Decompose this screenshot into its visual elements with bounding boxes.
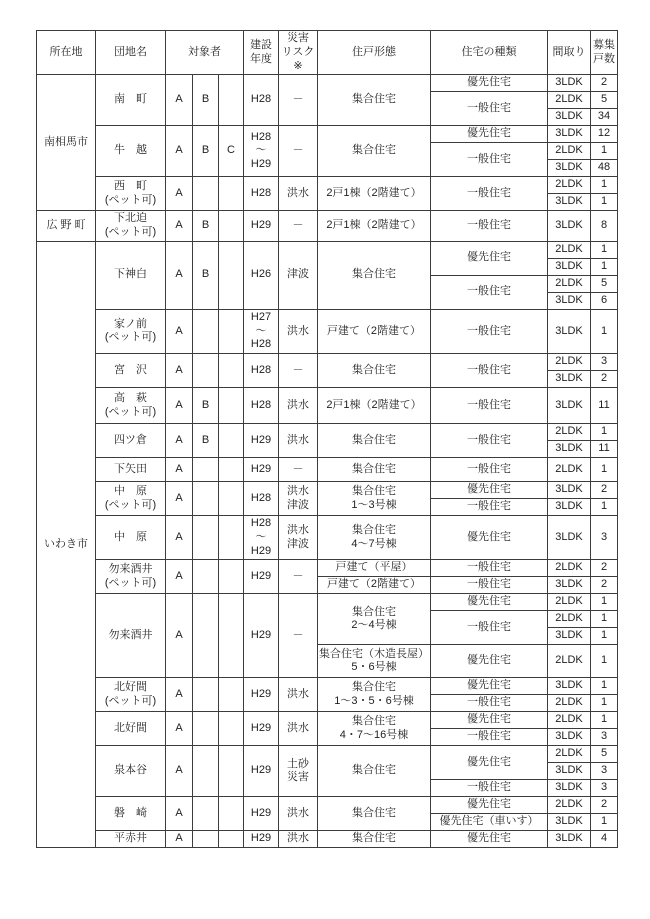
- table-cell: 5: [591, 92, 618, 109]
- table-cell: 洪水: [279, 309, 318, 353]
- table-cell: 3LDK: [548, 194, 591, 211]
- table-cell: 3: [591, 516, 618, 560]
- table-cell: 集合住宅: [318, 75, 431, 126]
- table-cell: A: [166, 309, 193, 353]
- table-cell: －: [279, 354, 318, 388]
- table-cell: 2LDK: [548, 797, 591, 814]
- table-cell: [193, 594, 219, 678]
- table-cell: 2戸1棟（2階建て）: [318, 388, 431, 424]
- table-cell: A: [166, 75, 193, 126]
- table-cell: 四ツ倉: [96, 424, 166, 458]
- table-cell: －: [279, 75, 318, 126]
- table-cell: 11: [591, 388, 618, 424]
- table-row: 中 原 (ペット可)AH28洪水 津波集合住宅 1～3号棟優先住宅3LDK2: [37, 482, 618, 499]
- table-cell: 優先住宅: [431, 797, 548, 814]
- table-cell: 1: [591, 499, 618, 516]
- header-target-person: 対象者: [166, 31, 244, 75]
- table-cell: 優先住宅: [431, 126, 548, 143]
- table-cell: 2LDK: [548, 645, 591, 678]
- table-cell: 優先住宅（車いす）: [431, 814, 548, 831]
- table-cell: 一般住宅: [431, 143, 548, 177]
- table-cell: H29: [244, 560, 279, 594]
- table-cell: [219, 797, 244, 831]
- table-cell: 3LDK: [548, 763, 591, 780]
- table-cell: 家ノ前 (ペット可): [96, 309, 166, 353]
- table-cell: 戸建て（平屋）: [318, 560, 431, 577]
- table-cell: H27 ～ H28: [244, 309, 279, 353]
- table-cell: [193, 177, 219, 211]
- table-cell: 優先住宅: [431, 645, 548, 678]
- table-cell: C: [219, 126, 244, 177]
- header-floor-plan: 間取り: [548, 31, 591, 75]
- table-cell: 5: [591, 746, 618, 763]
- table-cell: 下矢田: [96, 458, 166, 482]
- table-cell: 34: [591, 109, 618, 126]
- table-cell: 3LDK: [548, 211, 591, 242]
- table-row: いわき市下神白ABH26津波集合住宅優先住宅2LDK1: [37, 241, 618, 258]
- table-cell: 5: [591, 275, 618, 292]
- table-cell: 一般住宅: [431, 177, 548, 211]
- table-cell: 3LDK: [548, 109, 591, 126]
- table-cell: H29: [244, 594, 279, 678]
- table-row: 広 野 町下北迫 (ペット可)ABH29－2戸1棟（2階建て）一般住宅3LDK8: [37, 211, 618, 242]
- table-cell: A: [166, 458, 193, 482]
- header-disaster-risk: 災害 リスク※: [279, 31, 318, 75]
- table-cell: [193, 712, 219, 746]
- table-cell: 洪水: [279, 831, 318, 848]
- table-cell: B: [193, 211, 219, 242]
- table-cell: A: [166, 482, 193, 516]
- table-cell: A: [166, 388, 193, 424]
- table-cell: H28: [244, 388, 279, 424]
- table-cell: 西 町 (ペット可): [96, 177, 166, 211]
- table-cell: 戸建て（2階建て）: [318, 309, 431, 353]
- table-cell: 2戸1棟（2階建て）: [318, 211, 431, 242]
- table-cell: 2: [591, 797, 618, 814]
- table-cell: B: [193, 424, 219, 458]
- table-cell: 1: [591, 241, 618, 258]
- table-cell: B: [193, 75, 219, 126]
- table-cell: 1: [591, 424, 618, 441]
- table-cell: 3LDK: [548, 388, 591, 424]
- table-cell: 一般住宅: [431, 611, 548, 645]
- table-cell: [193, 560, 219, 594]
- table-cell: [193, 746, 219, 797]
- table-cell: 3LDK: [548, 516, 591, 560]
- table-row: 泉本谷AH29土砂 災害集合住宅優先住宅2LDK5: [37, 746, 618, 763]
- table-cell: [219, 424, 244, 458]
- page: 所在地団地名対象者建設 年度災害 リスク※住戸形態住宅の種類間取り募集 戸数 南…: [0, 0, 650, 919]
- table-row: 平赤井AH29洪水集合住宅優先住宅3LDK4: [37, 831, 618, 848]
- table-cell: いわき市: [37, 241, 96, 848]
- table-cell: [219, 560, 244, 594]
- table-cell: 優先住宅: [431, 746, 548, 780]
- table-cell: B: [193, 241, 219, 309]
- table-cell: H28: [244, 482, 279, 516]
- table-cell: 広 野 町: [37, 211, 96, 242]
- table-cell: 牛 越: [96, 126, 166, 177]
- table-cell: 2LDK: [548, 695, 591, 712]
- table-cell: A: [166, 712, 193, 746]
- table-cell: A: [166, 560, 193, 594]
- table-cell: [193, 309, 219, 353]
- table-cell: H26: [244, 241, 279, 309]
- table-cell: 2: [591, 75, 618, 92]
- table-cell: 3LDK: [548, 126, 591, 143]
- table-cell: 洪水: [279, 177, 318, 211]
- table-cell: [193, 482, 219, 516]
- table-cell: H28: [244, 177, 279, 211]
- table-cell: H28: [244, 75, 279, 126]
- table-row: 宮 沢AH28－集合住宅一般住宅2LDK3: [37, 354, 618, 371]
- table-cell: 3LDK: [548, 780, 591, 797]
- table-cell: 勿来酒井 (ペット可): [96, 560, 166, 594]
- table-cell: 優先住宅: [431, 678, 548, 695]
- table-cell: 集合住宅 1～3・5・6号棟: [318, 678, 431, 712]
- table-cell: 一般住宅: [431, 309, 548, 353]
- table-cell: 一般住宅: [431, 92, 548, 126]
- table-cell: 洪水: [279, 388, 318, 424]
- table-cell: 3LDK: [548, 441, 591, 458]
- table-cell: H28: [244, 354, 279, 388]
- table-row: 西 町 (ペット可)AH28洪水2戸1棟（2階建て）一般住宅2LDK1: [37, 177, 618, 194]
- table-cell: 1: [591, 309, 618, 353]
- table-cell: 1: [591, 594, 618, 611]
- table-cell: －: [279, 458, 318, 482]
- table-cell: 集合住宅: [318, 241, 431, 309]
- table-row: 下矢田AH29－集合住宅一般住宅2LDK1: [37, 458, 618, 482]
- table-cell: [193, 797, 219, 831]
- table-cell: 1: [591, 814, 618, 831]
- table-cell: 洪水 津波: [279, 516, 318, 560]
- table-cell: 2LDK: [548, 92, 591, 109]
- table-cell: A: [166, 594, 193, 678]
- header-construction-year: 建設 年度: [244, 31, 279, 75]
- table-cell: 中 原 (ペット可): [96, 482, 166, 516]
- header-row: 所在地団地名対象者建設 年度災害 リスク※住戸形態住宅の種類間取り募集 戸数: [37, 31, 618, 75]
- table-row: 南相馬市南 町ABH28－集合住宅優先住宅3LDK2: [37, 75, 618, 92]
- table-cell: [219, 354, 244, 388]
- table-cell: B: [193, 388, 219, 424]
- table-cell: －: [279, 594, 318, 678]
- header-unit-form: 住戸形態: [318, 31, 431, 75]
- table-cell: 優先住宅: [431, 482, 548, 499]
- table-cell: H29: [244, 678, 279, 712]
- table-cell: A: [166, 746, 193, 797]
- table-cell: 洪水: [279, 678, 318, 712]
- header-complex-name: 団地名: [96, 31, 166, 75]
- table-cell: A: [166, 797, 193, 831]
- table-cell: H29: [244, 746, 279, 797]
- table-cell: 1: [591, 611, 618, 628]
- table-cell: 2: [591, 577, 618, 594]
- table-cell: 48: [591, 160, 618, 177]
- table-cell: [219, 516, 244, 560]
- table-cell: H28 ～ H29: [244, 516, 279, 560]
- table-row: 勿来酒井 (ペット可)AH29－戸建て（平屋）一般住宅2LDK2: [37, 560, 618, 577]
- table-cell: 1: [591, 458, 618, 482]
- table-cell: 一般住宅: [431, 458, 548, 482]
- table-cell: 一般住宅: [431, 780, 548, 797]
- table-cell: 優先住宅: [431, 712, 548, 729]
- table-cell: 1: [591, 143, 618, 160]
- table-cell: [219, 678, 244, 712]
- table-cell: 下神白: [96, 241, 166, 309]
- table-cell: 2: [591, 371, 618, 388]
- table-cell: 3: [591, 780, 618, 797]
- table-cell: 2LDK: [548, 594, 591, 611]
- table-cell: 北好間 (ペット可): [96, 678, 166, 712]
- table-cell: A: [166, 177, 193, 211]
- table-cell: 集合住宅（木造長屋） 5・6号棟: [318, 645, 431, 678]
- table-cell: 2LDK: [548, 354, 591, 371]
- table-cell: A: [166, 831, 193, 848]
- table-cell: 集合住宅: [318, 797, 431, 831]
- table-cell: H29: [244, 424, 279, 458]
- table-cell: 磐 崎: [96, 797, 166, 831]
- table-body: 南相馬市南 町ABH28－集合住宅優先住宅3LDK2一般住宅2LDK53LDK3…: [37, 75, 618, 848]
- table-cell: 4: [591, 831, 618, 848]
- table-cell: [219, 309, 244, 353]
- table-cell: 3LDK: [548, 160, 591, 177]
- table-cell: 一般住宅: [431, 275, 548, 309]
- table-cell: 南相馬市: [37, 75, 96, 211]
- table-cell: 2LDK: [548, 143, 591, 160]
- table-cell: 12: [591, 126, 618, 143]
- table-cell: 集合住宅: [318, 354, 431, 388]
- table-cell: 一般住宅: [431, 499, 548, 516]
- table-cell: A: [166, 126, 193, 177]
- table-cell: 集合住宅 4～7号棟: [318, 516, 431, 560]
- table-cell: [219, 482, 244, 516]
- header-location: 所在地: [37, 31, 96, 75]
- table-cell: 1: [591, 177, 618, 194]
- table-cell: 優先住宅: [431, 75, 548, 92]
- table-cell: 3LDK: [548, 482, 591, 499]
- table-cell: 2LDK: [548, 275, 591, 292]
- table-cell: 高 萩 (ペット可): [96, 388, 166, 424]
- table-cell: [219, 831, 244, 848]
- table-cell: －: [279, 211, 318, 242]
- table-cell: 洪水: [279, 797, 318, 831]
- table-cell: 南 町: [96, 75, 166, 126]
- table-cell: 一般住宅: [431, 577, 548, 594]
- table-cell: 1: [591, 712, 618, 729]
- table-cell: 3LDK: [548, 831, 591, 848]
- table-header: 所在地団地名対象者建設 年度災害 リスク※住戸形態住宅の種類間取り募集 戸数: [37, 31, 618, 75]
- table-cell: 1: [591, 194, 618, 211]
- table-cell: 一般住宅: [431, 695, 548, 712]
- table-cell: 北好間: [96, 712, 166, 746]
- table-cell: 中 原: [96, 516, 166, 560]
- table-cell: H29: [244, 458, 279, 482]
- table-cell: 2: [591, 560, 618, 577]
- table-cell: [193, 831, 219, 848]
- table-cell: 3LDK: [548, 258, 591, 275]
- table-cell: 泉本谷: [96, 746, 166, 797]
- table-cell: [193, 354, 219, 388]
- table-cell: 優先住宅: [431, 516, 548, 560]
- table-cell: 津波: [279, 241, 318, 309]
- table-cell: 一般住宅: [431, 388, 548, 424]
- table-cell: H29: [244, 831, 279, 848]
- table-cell: 3LDK: [548, 371, 591, 388]
- table-cell: 2LDK: [548, 746, 591, 763]
- table-cell: [219, 458, 244, 482]
- header-housing-type: 住宅の種類: [431, 31, 548, 75]
- table-cell: [219, 594, 244, 678]
- table-cell: 優先住宅: [431, 831, 548, 848]
- housing-table: 所在地団地名対象者建設 年度災害 リスク※住戸形態住宅の種類間取り募集 戸数 南…: [36, 30, 618, 848]
- table-cell: A: [166, 354, 193, 388]
- table-cell: 1: [591, 678, 618, 695]
- table-cell: B: [193, 126, 219, 177]
- table-cell: 下北迫 (ペット可): [96, 211, 166, 242]
- table-row: 中 原AH28 ～ H29洪水 津波集合住宅 4～7号棟優先住宅3LDK3: [37, 516, 618, 560]
- table-cell: 洪水 津波: [279, 482, 318, 516]
- table-cell: 3: [591, 729, 618, 746]
- table-cell: H29: [244, 797, 279, 831]
- table-cell: －: [279, 560, 318, 594]
- table-cell: 11: [591, 441, 618, 458]
- table-cell: 2LDK: [548, 611, 591, 628]
- table-cell: 戸建て（2階建て）: [318, 577, 431, 594]
- table-cell: 3LDK: [548, 678, 591, 695]
- table-cell: 3: [591, 763, 618, 780]
- table-cell: A: [166, 678, 193, 712]
- table-row: 四ツ倉ABH29洪水集合住宅一般住宅2LDK1: [37, 424, 618, 441]
- table-cell: 集合住宅: [318, 831, 431, 848]
- table-cell: H28 ～ H29: [244, 126, 279, 177]
- table-cell: 一般住宅: [431, 354, 548, 388]
- table-row: 磐 崎AH29洪水集合住宅優先住宅2LDK2: [37, 797, 618, 814]
- table-cell: 一般住宅: [431, 211, 548, 242]
- table-cell: 3LDK: [548, 499, 591, 516]
- table-cell: 集合住宅 2～4号棟: [318, 594, 431, 645]
- table-cell: 2戸1棟（2階建て）: [318, 177, 431, 211]
- table-row: 高 萩 (ペット可)ABH28洪水2戸1棟（2階建て）一般住宅3LDK11: [37, 388, 618, 424]
- table-cell: 一般住宅: [431, 424, 548, 458]
- table-cell: [193, 458, 219, 482]
- table-cell: －: [279, 126, 318, 177]
- table-cell: 集合住宅: [318, 746, 431, 797]
- table-cell: 3LDK: [548, 577, 591, 594]
- table-cell: 集合住宅 1～3号棟: [318, 482, 431, 516]
- table-cell: A: [166, 241, 193, 309]
- table-cell: A: [166, 424, 193, 458]
- table-cell: 一般住宅: [431, 560, 548, 577]
- table-cell: 3LDK: [548, 309, 591, 353]
- table-cell: 洪水: [279, 424, 318, 458]
- table-cell: [193, 678, 219, 712]
- table-cell: 2LDK: [548, 458, 591, 482]
- table-cell: [219, 241, 244, 309]
- table-cell: [219, 388, 244, 424]
- table-cell: H29: [244, 712, 279, 746]
- table-row: 勿来酒井AH29－集合住宅 2～4号棟優先住宅2LDK1: [37, 594, 618, 611]
- table-cell: 2LDK: [548, 241, 591, 258]
- table-cell: 3LDK: [548, 814, 591, 831]
- table-cell: 勿来酒井: [96, 594, 166, 678]
- table-cell: [219, 177, 244, 211]
- table-cell: 集合住宅: [318, 424, 431, 458]
- table-cell: 1: [591, 258, 618, 275]
- table-cell: 2LDK: [548, 177, 591, 194]
- table-cell: 2LDK: [548, 560, 591, 577]
- table-cell: 2: [591, 482, 618, 499]
- table-cell: A: [166, 211, 193, 242]
- table-cell: 3LDK: [548, 628, 591, 645]
- table-cell: 一般住宅: [431, 729, 548, 746]
- table-cell: [219, 746, 244, 797]
- table-cell: 平赤井: [96, 831, 166, 848]
- header-recruited-units: 募集 戸数: [591, 31, 618, 75]
- table-cell: 1: [591, 628, 618, 645]
- table-cell: 8: [591, 211, 618, 242]
- table-cell: 集合住宅 4・7～16号棟: [318, 712, 431, 746]
- table-cell: 優先住宅: [431, 594, 548, 611]
- table-cell: 3LDK: [548, 75, 591, 92]
- table-cell: 土砂 災害: [279, 746, 318, 797]
- table-cell: 宮 沢: [96, 354, 166, 388]
- table-cell: [193, 516, 219, 560]
- table-cell: 2LDK: [548, 424, 591, 441]
- table-cell: 3LDK: [548, 729, 591, 746]
- table-cell: 3: [591, 354, 618, 371]
- table-cell: 洪水: [279, 712, 318, 746]
- table-cell: 1: [591, 645, 618, 678]
- table-cell: 優先住宅: [431, 241, 548, 275]
- table-row: 牛 越ABCH28 ～ H29－集合住宅優先住宅3LDK12: [37, 126, 618, 143]
- table-cell: 1: [591, 695, 618, 712]
- table-cell: [219, 211, 244, 242]
- table-cell: 集合住宅: [318, 126, 431, 177]
- table-cell: H29: [244, 211, 279, 242]
- table-row: 北好間AH29洪水集合住宅 4・7～16号棟優先住宅2LDK1: [37, 712, 618, 729]
- table-cell: [219, 712, 244, 746]
- table-cell: A: [166, 516, 193, 560]
- table-cell: 2LDK: [548, 712, 591, 729]
- table-cell: 6: [591, 292, 618, 309]
- table-row: 家ノ前 (ペット可)AH27 ～ H28洪水戸建て（2階建て）一般住宅3LDK1: [37, 309, 618, 353]
- table-cell: 集合住宅: [318, 458, 431, 482]
- table-row: 北好間 (ペット可)AH29洪水集合住宅 1～3・5・6号棟優先住宅3LDK1: [37, 678, 618, 695]
- table-cell: [219, 75, 244, 126]
- table-cell: 3LDK: [548, 292, 591, 309]
